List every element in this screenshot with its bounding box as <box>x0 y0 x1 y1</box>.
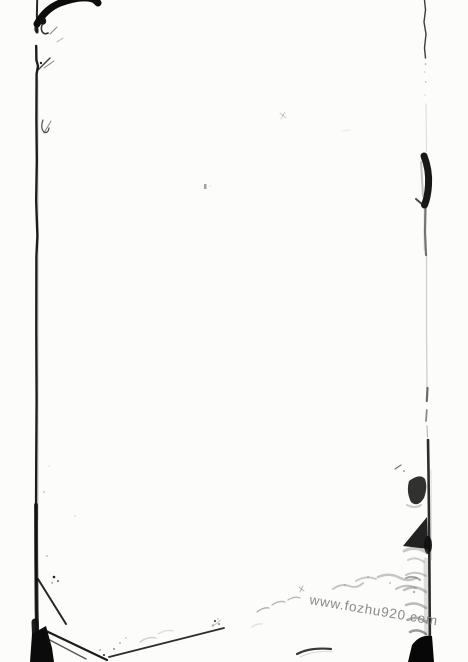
paper-specks <box>204 112 350 189</box>
scanned-book-page: www.fozhu920.com <box>0 0 468 662</box>
watermark-text: www.fozhu920.com <box>308 592 440 628</box>
scan-ink-artifacts: www.fozhu920.com <box>0 0 468 662</box>
right-edge-ink-line <box>395 0 434 662</box>
top-left-brush-stroke <box>36 0 98 42</box>
bottom-scratch-marks <box>99 624 332 657</box>
left-edge-ink-line <box>30 0 107 662</box>
